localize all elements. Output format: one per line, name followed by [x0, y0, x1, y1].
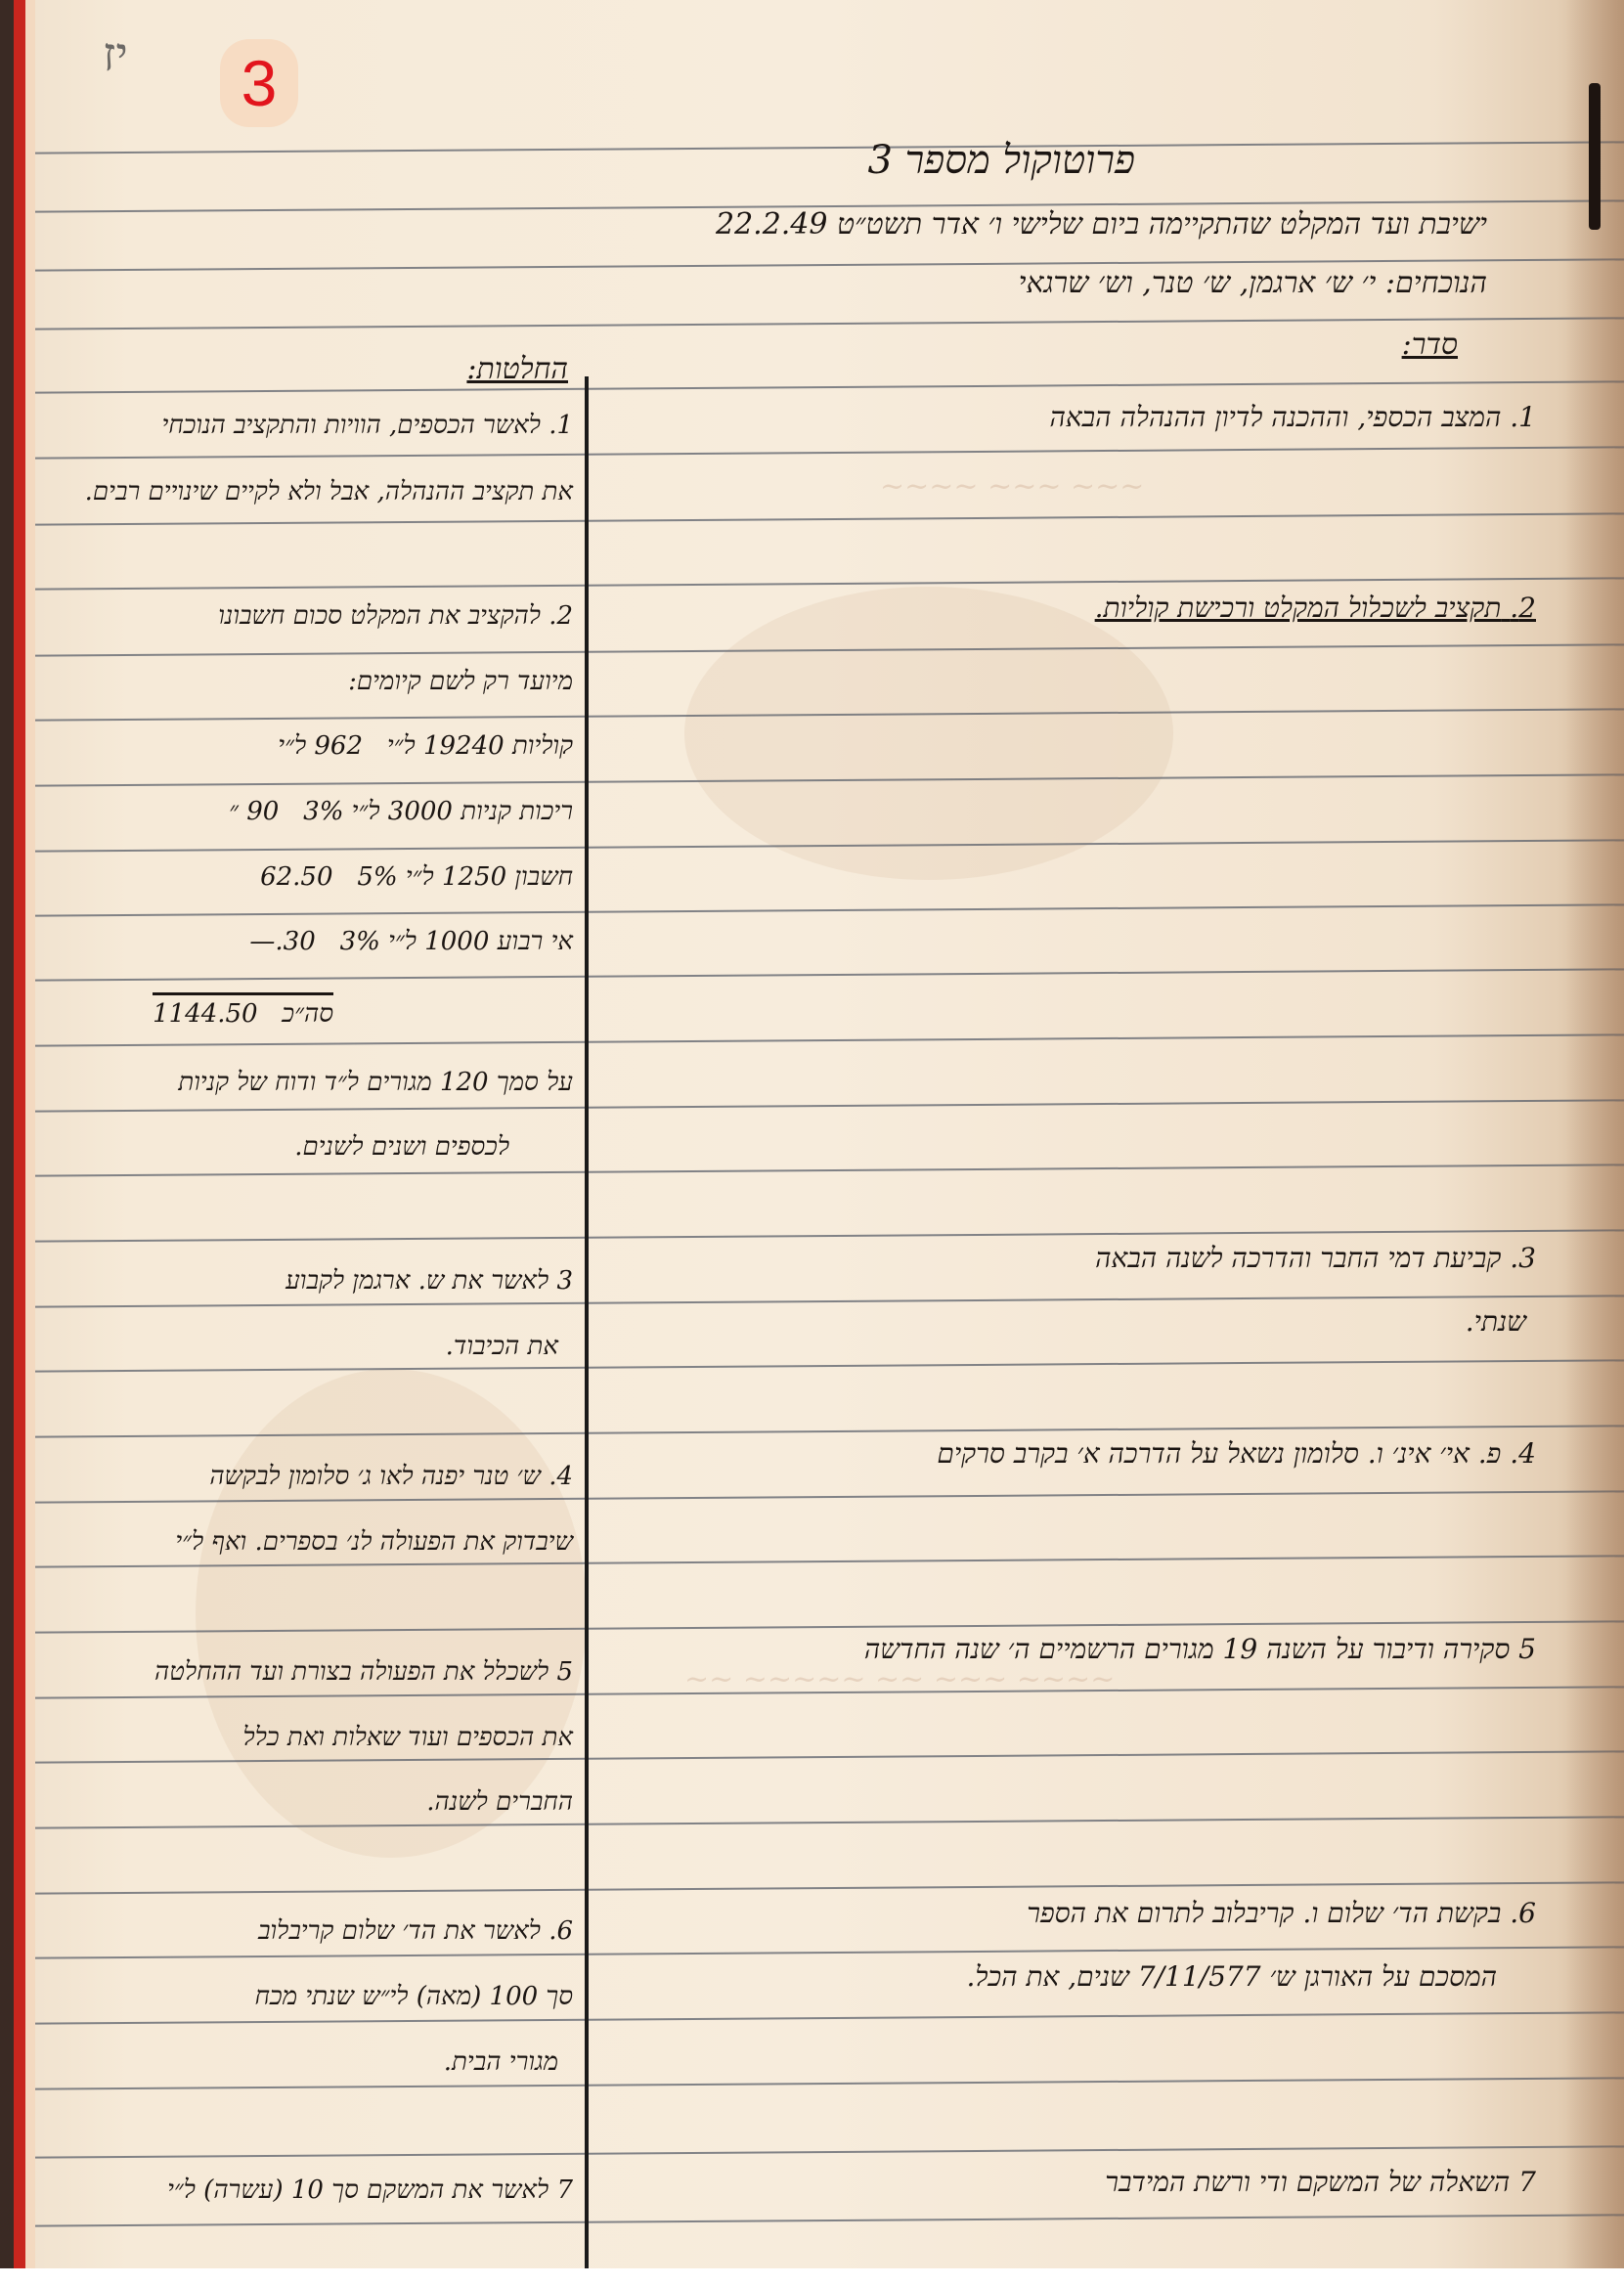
budget-item: אי רבוע — [498, 927, 573, 956]
decision-item-3: 3 לאשר את ש. ארגמן לקבוע — [285, 1266, 573, 1296]
ruled-line — [35, 1816, 1624, 1828]
item-number: 3 — [556, 1266, 573, 1296]
ruled-line — [35, 968, 1624, 981]
binding-strip — [0, 0, 14, 2268]
item-number: 2. — [549, 601, 573, 631]
ruled-line — [35, 1099, 1624, 1112]
document-title: פרוטוקול מספר 3 — [867, 137, 1135, 183]
item-number: 7 — [1518, 2166, 1536, 2198]
budget-row: אי רבוע 1000 ל״י 3% 30.— — [249, 927, 573, 956]
item-text: להקציב את המקלט סכום חשבונו — [218, 601, 541, 631]
item-text: לאשר את ש. ארגמן לקבוע — [285, 1266, 549, 1296]
budget-item: ריכות קניות — [461, 797, 573, 826]
budget-row: ריכות קניות 3000 ל״י 3% 90 ״ — [229, 797, 573, 826]
budget-row: חשבון 1250 ל״י 5% 62.50 — [260, 862, 573, 892]
budget-total: סה״כ 1144.50 — [153, 992, 333, 1029]
pencil-annotation: יז — [103, 27, 128, 82]
ruled-line — [35, 903, 1624, 916]
ruled-line — [35, 577, 1624, 590]
budget-detail: 3000 ל״י 3% — [303, 797, 453, 826]
decision-item-6-cont2: מגורי הבית. — [444, 2047, 558, 2077]
scanned-notebook-page: ~~~ ~~~ ~~~~ ~~~~ ~~~ ~~ ~~~~~ ~~ יז 3 פ… — [0, 0, 1624, 2268]
agenda-item-4: 4. פ. אי׳ אינ׳ ו. סלומון נשאל על הדרכה א… — [937, 1437, 1536, 1471]
item-text: לאשר את המשקם סך 10 (עשרה) ל״י — [167, 2175, 549, 2205]
item-number: 1. — [1510, 401, 1536, 433]
item-number: 1. — [549, 411, 573, 440]
item-number: 2. — [1510, 592, 1536, 624]
ruled-line — [35, 1229, 1624, 1242]
bleed-through-text: ~~~ ~~~ ~~~~ — [880, 469, 1144, 504]
binding-red-margin — [14, 0, 25, 2268]
page-number: 3 — [220, 39, 298, 127]
decision-item-5: 5 לשכלל את הפעולה בצורת ועד ההחלטה — [154, 1657, 573, 1687]
decision-item-3-cont: את הכיבוד. — [446, 1332, 558, 1361]
item-text: לאשר הכספים, הוויות והתקציב הנוכחי — [162, 411, 541, 440]
decision-item-6-cont: סך 100 (מאה) לי״ש שנתי מכח — [255, 1982, 573, 2011]
ruled-line — [35, 1359, 1624, 1372]
budget-row: קוליות 19240 ל״י 962 ל״י — [278, 731, 573, 761]
budget-detail: 1250 ל״י 5% — [357, 862, 506, 892]
total-label: סה״כ — [282, 999, 333, 1029]
decision-item-2-note-cont: לכספים ושנים לשנים. — [294, 1132, 509, 1162]
agenda-item-7: 7 השאלה של המשקם ודי ורשת המידבר — [1105, 2166, 1536, 2199]
decision-item-6: 6. לאשר את הד׳ שלום קריבלוב — [258, 1916, 573, 1946]
item-number: 3. — [1510, 1242, 1536, 1274]
decision-item-1: 1. לאשר הכספים, הוויות והתקציב הנוכחי — [162, 411, 574, 440]
spine-ink-mark — [1589, 83, 1601, 230]
attendees-line: הנוכחים: י׳ ש׳ ארגמן, ש׳ טנר, וש׳ שרגאי — [1019, 266, 1487, 300]
ruled-line — [35, 317, 1624, 330]
decision-item-7: 7 לאשר את המשקם סך 10 (עשרה) ל״י — [167, 2175, 573, 2205]
decision-item-2-note: על סמך 120 מגורים ל״ד ודוח של קניות — [178, 1068, 573, 1097]
total-value: 1144.50 — [153, 999, 258, 1029]
meeting-header: ישיבת ועד המקלט שהתקיימה ביום שלישי ו׳ א… — [716, 207, 1487, 242]
decision-item-5-cont2: החברים לשנה. — [426, 1787, 573, 1817]
decision-item-1-cont: את תקציב ההנהלה, אבל ולא לקיים שינויים ר… — [85, 477, 573, 506]
item-text: לשכלל את הפעולה בצורת ועד ההחלטה — [154, 1657, 549, 1687]
item-text: השאלה של המשקם ודי ורשת המידבר — [1105, 2166, 1510, 2198]
item-text: בקשת הד׳ שלום ו. קריבלוב לתרום את הספר — [1027, 1897, 1501, 1929]
binding-edge — [25, 0, 35, 2268]
agenda-item-3: 3. קביעת דמי החבר והדרכה לשנה הבאה — [1095, 1242, 1536, 1275]
decision-item-5-cont: את הכספים ועוד שאלות ואת כלל — [243, 1723, 573, 1752]
budget-amount: 62.50 — [260, 862, 332, 892]
ruled-line — [35, 2145, 1624, 2158]
page-number-stamp: 3 — [220, 39, 298, 127]
budget-amount: 30.— — [249, 927, 315, 956]
ruled-line — [35, 1881, 1624, 1894]
item-text: המצב הכספי, וההכנה לדיון ההנהלה הבאה — [1049, 401, 1501, 433]
agenda-item-5: 5 סקירה ודיבור על השנה 19 מגורים הרשמיים… — [864, 1633, 1536, 1666]
ruled-line — [35, 2077, 1624, 2089]
budget-amount: 962 ל״י — [278, 731, 363, 761]
paper-stain — [196, 1369, 587, 1858]
ruled-line — [35, 446, 1624, 459]
item-number: 6. — [1510, 1897, 1536, 1929]
bleed-through-text: ~~~~ ~~~ ~~ ~~~~~ ~~ — [684, 1662, 1115, 1696]
agenda-item-2: 2. תקציב לשכלול המקלט ורכישת קוליות. — [1095, 592, 1536, 625]
ruled-line — [35, 1164, 1624, 1176]
item-text: סקירה ודיבור על השנה 19 מגורים הרשמיים ה… — [864, 1633, 1510, 1665]
item-number: 4. — [549, 1462, 573, 1491]
budget-item: קוליות — [512, 731, 573, 761]
column-divider — [585, 376, 589, 2268]
item-number: 5 — [1518, 1633, 1536, 1665]
item-number: 6. — [549, 1916, 573, 1946]
decisions-label: החלטות: — [466, 352, 568, 386]
ruled-line — [35, 141, 1624, 154]
agenda-item-3-cont: שנתי. — [1466, 1305, 1526, 1339]
ruled-line — [35, 2011, 1624, 2024]
item-text: פ. אי׳ אינ׳ ו. סלומון נשאל על הדרכה א׳ ב… — [937, 1437, 1501, 1470]
decision-item-2: 2. להקציב את המקלט סכום חשבונו — [218, 601, 573, 631]
item-text: ש׳ טנר יפנה לאו ג׳ סלומון לבקשה — [209, 1462, 541, 1491]
ruled-line — [35, 1946, 1624, 1958]
item-number: 4. — [1510, 1437, 1536, 1470]
paper-stain — [684, 587, 1173, 880]
decision-item-4: 4. ש׳ טנר יפנה לאו ג׳ סלומון לבקשה — [209, 1462, 573, 1491]
item-text: תקציב לשכלול המקלט ורכישת קוליות. — [1095, 592, 1502, 624]
decision-item-4-cont: שיבדוק את הפעולה לנ׳ בספרים. ואף ל״י — [175, 1527, 573, 1557]
item-text: לאשר את הד׳ שלום קריבלוב — [258, 1916, 541, 1946]
item-text: קביעת דמי החבר והדרכה לשנה הבאה — [1095, 1242, 1501, 1274]
agenda-item-6-cont: המסכם על האורגן ש׳ 7/11/577 שנים, את הכל… — [966, 1960, 1497, 1994]
ruled-line — [35, 1033, 1624, 1046]
ruled-line — [35, 2214, 1624, 2226]
budget-item: חשבון — [514, 862, 573, 892]
budget-amount: 90 ״ — [229, 797, 279, 826]
ruled-line — [35, 1295, 1624, 1307]
ruled-line — [35, 512, 1624, 525]
ruled-line — [35, 380, 1624, 393]
agenda-label: סדר: — [1402, 328, 1458, 362]
item-number: 7 — [556, 2175, 573, 2205]
item-number: 5 — [556, 1657, 573, 1687]
agenda-item-1: 1. המצב הכספי, וההכנה לדיון ההנהלה הבאה — [1049, 401, 1536, 434]
budget-detail: 19240 ל״י — [387, 731, 505, 761]
spine-shadow — [1565, 0, 1624, 2268]
budget-detail: 1000 ל״י 3% — [340, 927, 490, 956]
agenda-item-6: 6. בקשת הד׳ שלום ו. קריבלוב לתרום את הספ… — [1027, 1897, 1536, 1930]
decision-item-2-cont: מיועד רק לשם קיומים: — [348, 667, 573, 696]
